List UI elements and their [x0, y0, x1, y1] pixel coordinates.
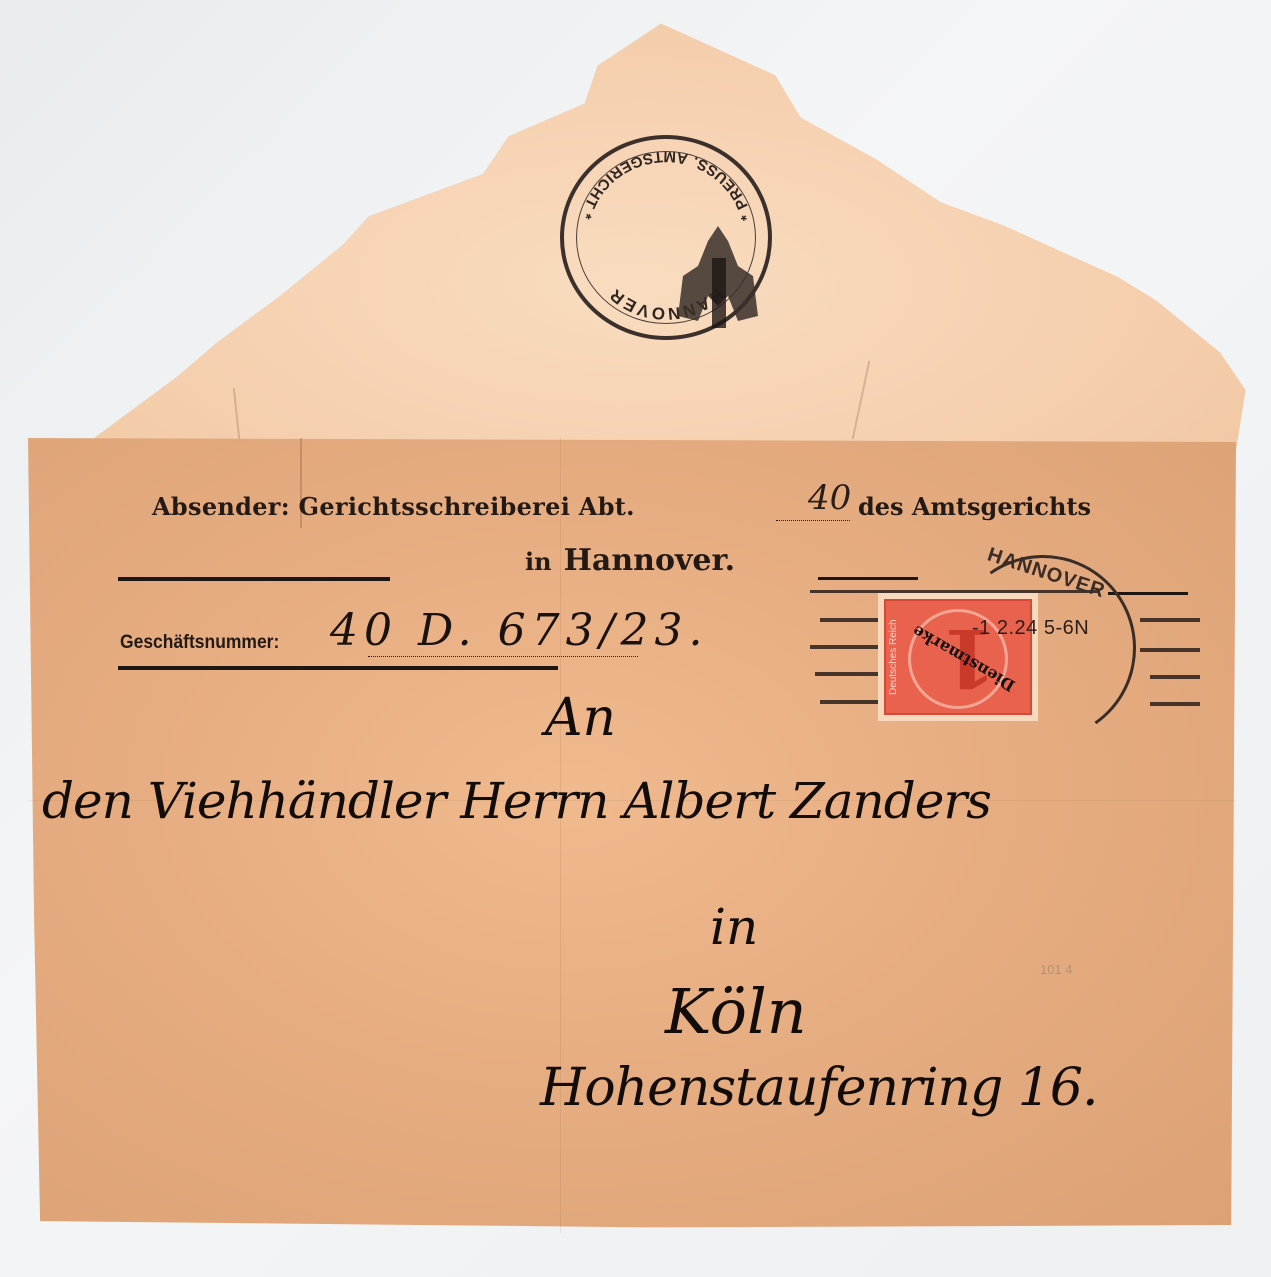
reference-dotted-line: [368, 656, 638, 657]
header-rule-right: [1108, 592, 1188, 595]
address-line-1: An: [545, 688, 616, 748]
header-rule-left: [118, 577, 390, 581]
header-rule-mid: [818, 577, 918, 580]
abt-dotted-line: [776, 520, 850, 521]
department-number: 40: [808, 478, 851, 518]
eagle-icon: [668, 216, 768, 336]
court-seal: HANNOVER * PREUSS. AMTSGERICHT *: [560, 135, 772, 340]
address-line-2: den Viehhändler Herrn Albert Zanders: [42, 772, 991, 830]
svg-text:* PREUSS. AMTSGERICHT *: * PREUSS. AMTSGERICHT *: [576, 148, 755, 223]
reference-number: 40 D. 673/23.: [330, 605, 708, 656]
pencil-note: 101 4: [1040, 962, 1073, 977]
address-line-4: Köln: [665, 975, 807, 1048]
postmark-date: -1 2.24 5-6N: [972, 617, 1089, 640]
address-line-5: Hohenstaufenring 16.: [540, 1058, 1097, 1118]
sender-in: in: [525, 547, 552, 576]
reference-rule: [118, 666, 558, 670]
address-line-3: in: [710, 898, 758, 956]
reference-label: Geschäftsnummer:: [120, 632, 279, 654]
stamp-country: Deutsches Reich: [888, 605, 902, 709]
sender-line-1: Absender: Gerichtsschreiberei Abt.: [152, 492, 635, 521]
sender-line-2: inHannover.: [525, 543, 735, 578]
sender-line-1-suffix: des Amtsgerichts: [858, 492, 1091, 521]
sender-city: Hannover.: [564, 543, 735, 578]
seal-bottom-text: * PREUSS. AMTSGERICHT *: [576, 148, 755, 223]
